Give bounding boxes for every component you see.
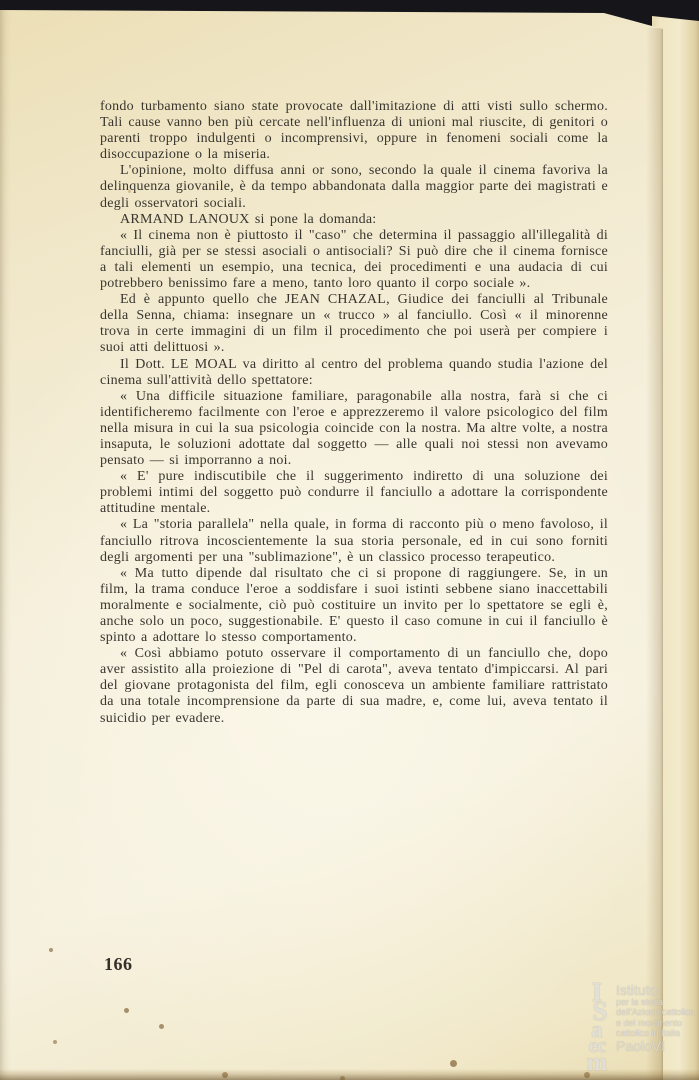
paragraph: « Una difficile situazione familiare, pa…: [100, 389, 608, 469]
paragraph: « E' pure indiscutibile che il suggerime…: [100, 469, 608, 517]
page-number: 166: [104, 954, 133, 975]
book-page: fondo turbamento siano state provocate d…: [0, 0, 699, 1080]
page-text: fondo turbamento siano state provocate d…: [100, 99, 608, 727]
foxing-spot: [450, 1060, 457, 1067]
paragraph: fondo turbamento siano state provocate d…: [100, 99, 608, 163]
paragraph: Il Dott. LE MOAL va diritto al centro de…: [100, 357, 608, 389]
foxing-spot: [420, 118, 423, 121]
foxing-spot: [49, 948, 53, 952]
scanned-book-page: fondo turbamento siano state provocate d…: [0, 0, 699, 1080]
paragraph: « Il cinema non è piuttosto il "caso" ch…: [100, 228, 608, 292]
paragraph: ARMAND LANOUX si pone la domanda:: [100, 212, 608, 228]
paragraph: « Ma tutto dipende dal risultato che ci …: [100, 566, 608, 646]
paragraph: « Così abbiamo potuto osservare il compo…: [100, 646, 608, 726]
page-crease: [646, 28, 663, 1080]
foxing-spot: [128, 190, 131, 193]
paragraph: « La "storia parallela" nella quale, in …: [100, 517, 608, 565]
paragraph: L'opinione, molto diffusa anni or sono, …: [100, 163, 608, 211]
paragraph: Ed è appunto quello che JEAN CHAZAL, Giu…: [100, 292, 608, 356]
page-bottom-edge: [0, 1069, 699, 1080]
foxing-spot: [159, 1024, 164, 1029]
foxing-spot: [53, 1040, 57, 1044]
foxing-spot: [124, 1008, 129, 1013]
